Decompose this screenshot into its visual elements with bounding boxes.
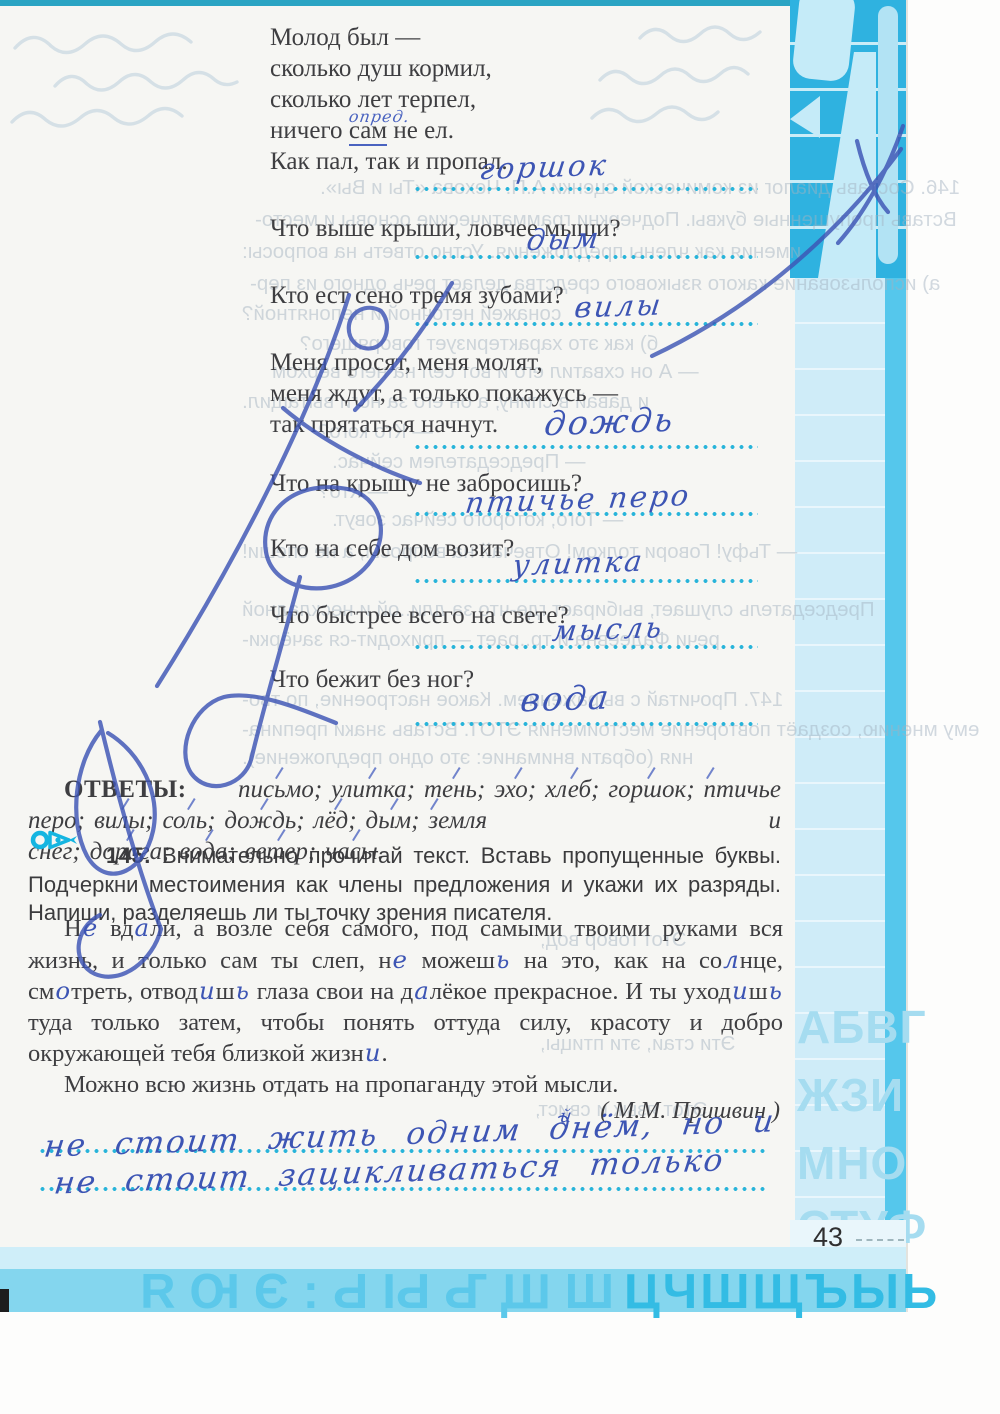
scanned-workbook-page: АБВГЖЗИМНОСТУФ 43 ШЩЪЫЬ:ЭЮЯ ЦЧШЩЪЫЬ 146.…: [0, 0, 1000, 1414]
pen-scribble: [0, 0, 906, 1312]
